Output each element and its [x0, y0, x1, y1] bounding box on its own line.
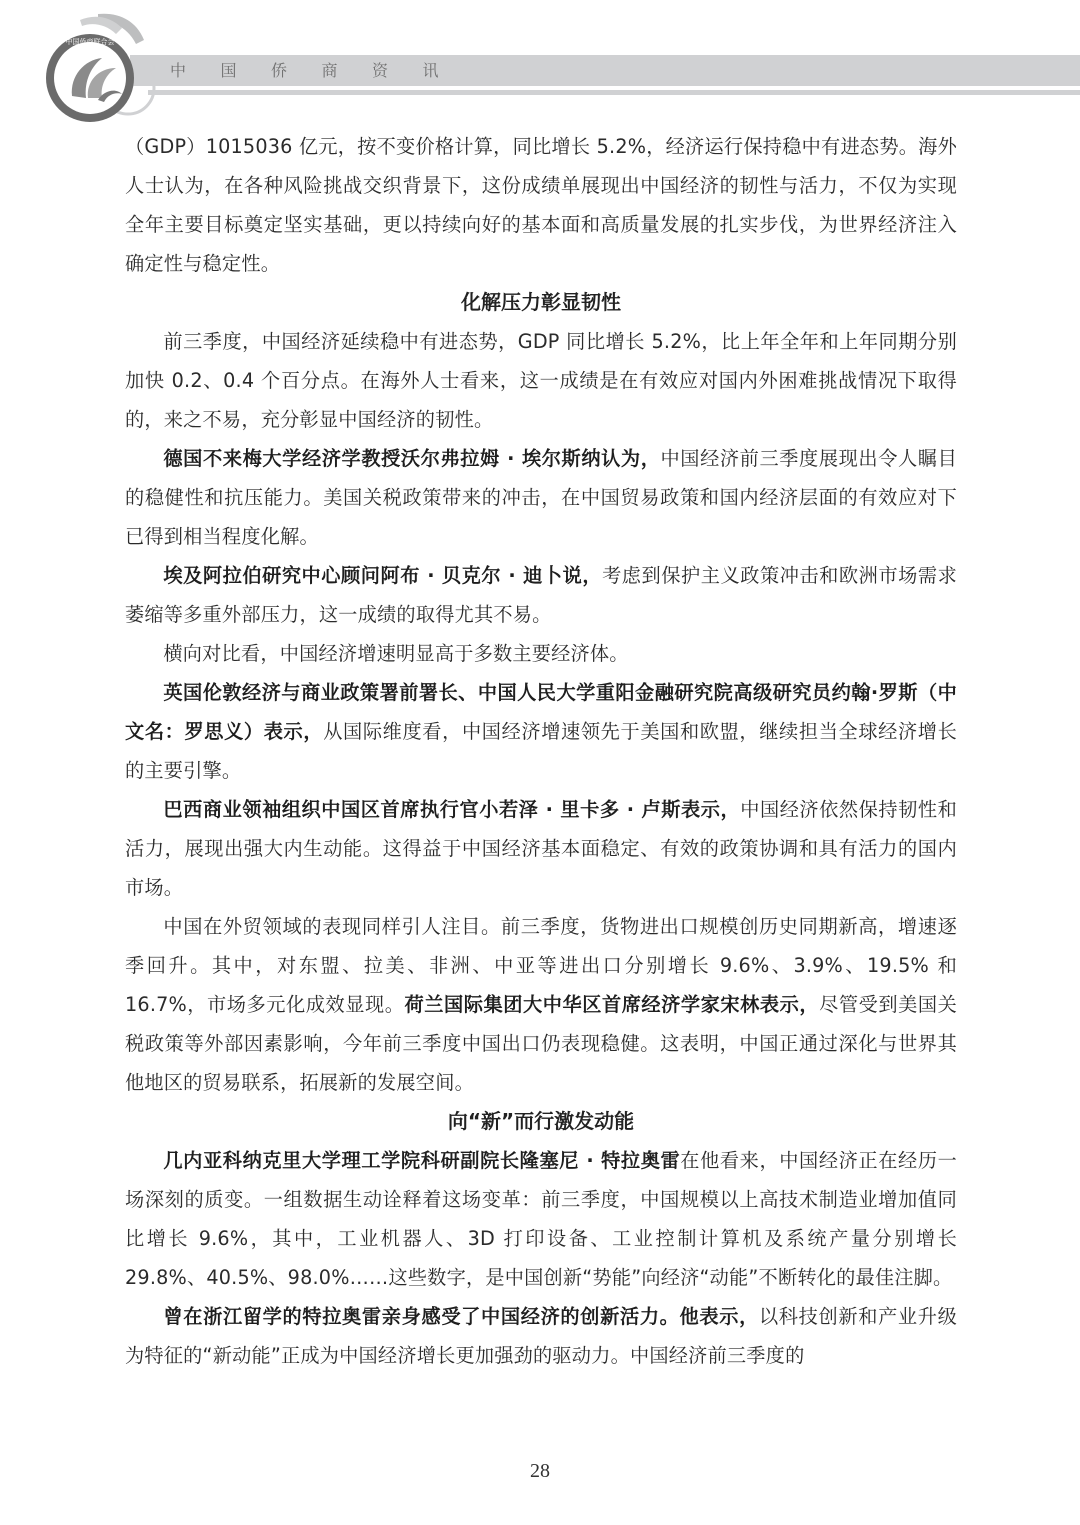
paragraph-text: 横向对比看，中国经济增速明显高于多数主要经济体。 [163, 642, 628, 665]
paragraph-text: 前三季度，中国经济延续稳中有进态势，GDP 同比增长 5.2%，比上年全年和上年… [125, 330, 957, 431]
speaker-lead: 几内亚科纳克里大学理工学院科研副院长隆塞尼 · 特拉奥雷 [163, 1149, 680, 1172]
paragraph-text: （GDP）1015036 亿元，按不变价格计算，同比增长 5.2%，经济运行保持… [125, 135, 957, 275]
paragraph: 埃及阿拉伯研究中心顾问阿布 · 贝克尔 · 迪卜说，考虑到保护主义政策冲击和欧洲… [125, 556, 957, 634]
title-char: 侨 [271, 58, 322, 84]
paragraph: 几内亚科纳克里大学理工学院科研副院长隆塞尼 · 特拉奥雷在他看来，中国经济正在经… [125, 1141, 957, 1297]
section-heading: 向“新”而行激发动能 [125, 1102, 957, 1141]
paragraph: 中国在外贸领域的表现同样引人注目。前三季度，货物进出口规模创历史同期新高，增速逐… [125, 907, 957, 1102]
paragraph: 英国伦敦经济与商业政策署前署长、中国人民大学重阳金融研究院高级研究员约翰·罗斯（… [125, 673, 957, 790]
paragraph: 曾在浙江留学的特拉奥雷亲身感受了中国经济的创新活力。他表示，以科技创新和产业升级… [125, 1297, 957, 1375]
paragraph: （GDP）1015036 亿元，按不变价格计算，同比增长 5.2%，经济运行保持… [125, 127, 957, 283]
federation-logo-icon: 中国侨商联合会 [40, 6, 160, 124]
title-char: 商 [322, 58, 373, 84]
paragraph: 巴西商业领袖组织中国区首席执行官小若泽 · 里卡多 · 卢斯表示，中国经济依然保… [125, 790, 957, 907]
title-char: 中 [170, 58, 221, 84]
publication-title: 中 国 侨 商 资 讯 [170, 58, 473, 84]
title-char: 讯 [423, 58, 474, 84]
speaker-lead: 荷兰国际集团大中华区首席经济学家宋林表示， [405, 993, 820, 1016]
paragraph: 前三季度，中国经济延续稳中有进态势，GDP 同比增长 5.2%，比上年全年和上年… [125, 322, 957, 439]
header-divider [148, 90, 1080, 95]
paragraph: 横向对比看，中国经济增速明显高于多数主要经济体。 [125, 634, 957, 673]
title-char: 资 [372, 58, 423, 84]
article-body: （GDP）1015036 亿元，按不变价格计算，同比增长 5.2%，经济运行保持… [125, 127, 957, 1375]
page-header: 中国侨商联合会 中 国 侨 商 资 讯 [0, 0, 1080, 130]
speaker-lead: 曾在浙江留学的特拉奥雷亲身感受了中国经济的创新活力。他表示， [163, 1305, 759, 1328]
paragraph: 德国不来梅大学经济学教授沃尔弗拉姆 · 埃尔斯纳认为，中国经济前三季度展现出令人… [125, 439, 957, 556]
section-heading: 化解压力彰显韧性 [125, 283, 957, 322]
speaker-lead: 埃及阿拉伯研究中心顾问阿布 · 贝克尔 · 迪卜说， [163, 564, 602, 587]
page-number: 28 [0, 1460, 1080, 1483]
speaker-lead: 巴西商业领袖组织中国区首席执行官小若泽 · 里卡多 · 卢斯表示， [163, 798, 740, 821]
title-char: 国 [221, 58, 272, 84]
speaker-lead: 德国不来梅大学经济学教授沃尔弗拉姆 · 埃尔斯纳认为， [163, 447, 660, 470]
svg-text:中国侨商联合会: 中国侨商联合会 [66, 37, 115, 46]
